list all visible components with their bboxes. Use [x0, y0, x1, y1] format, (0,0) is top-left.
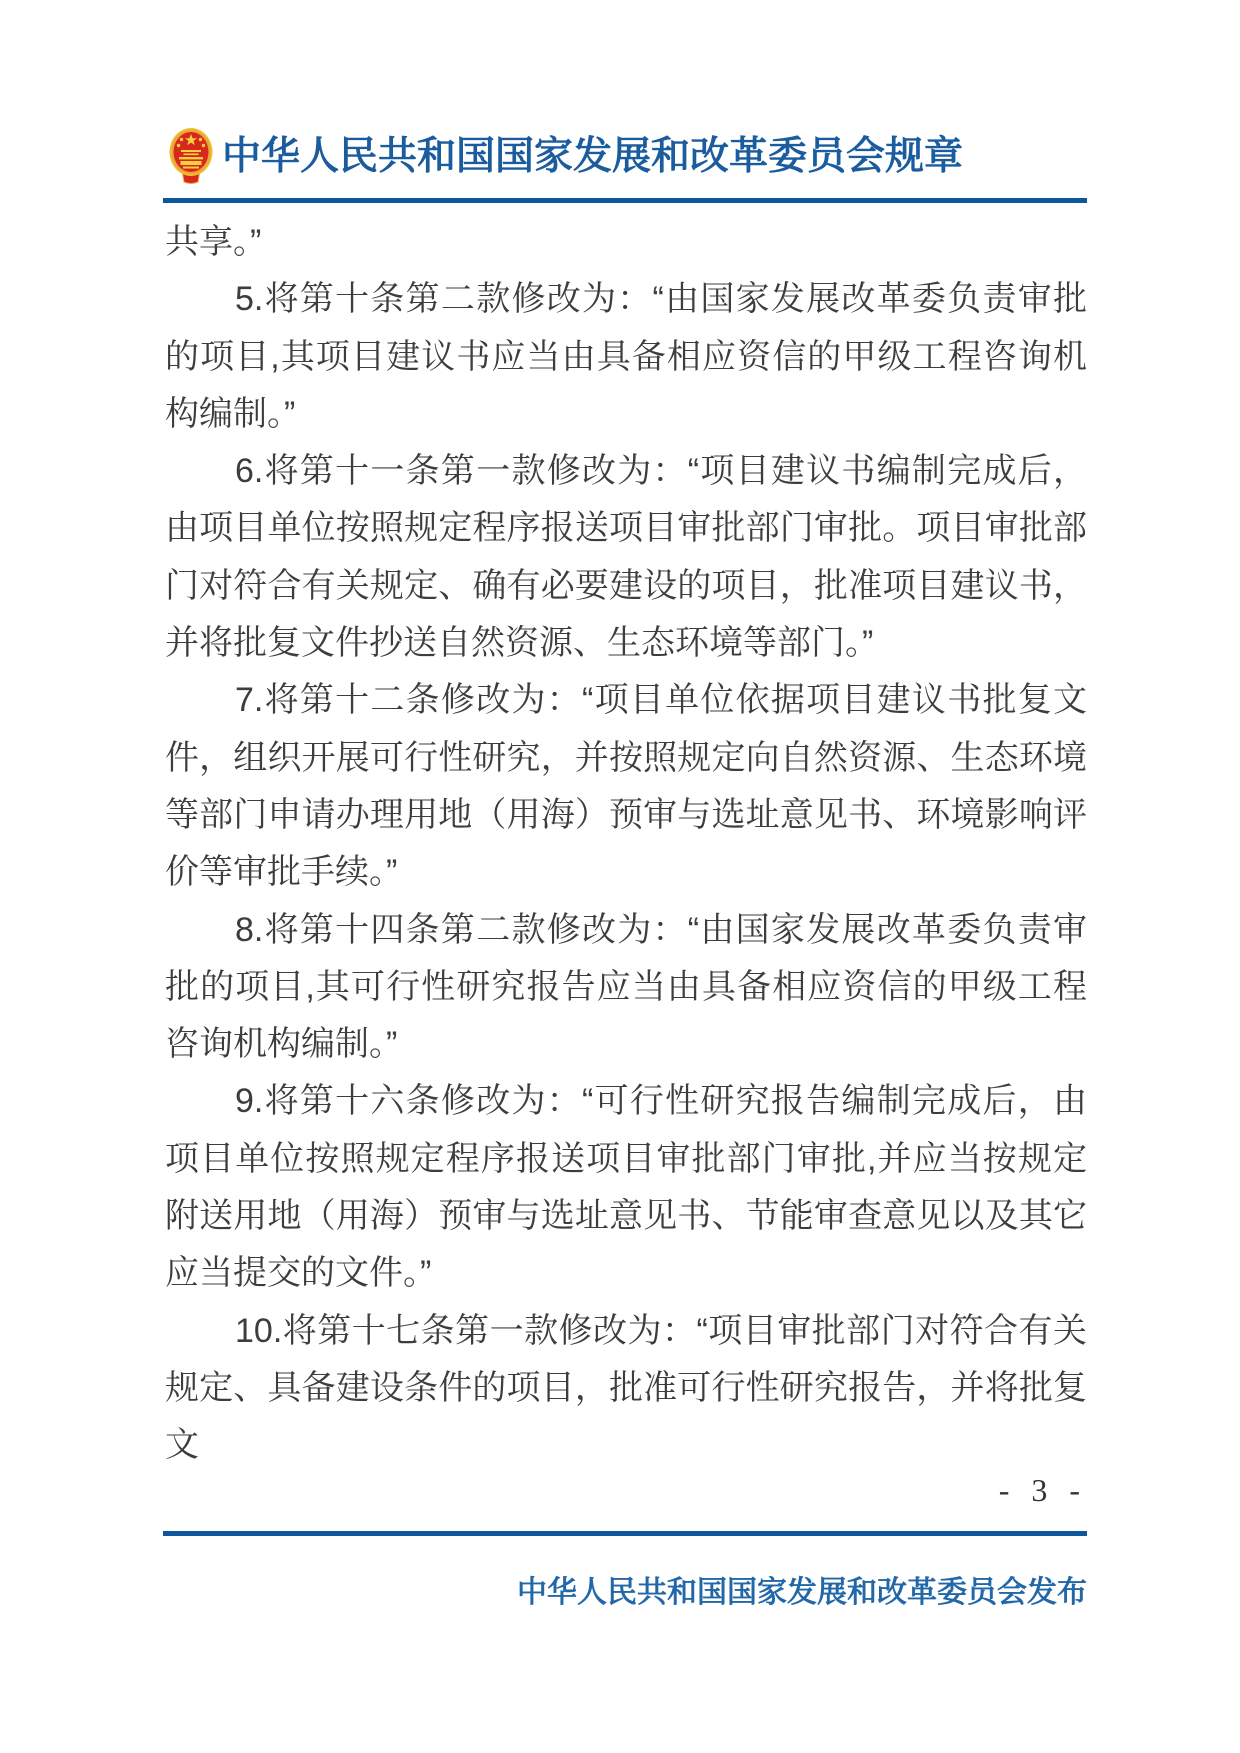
paragraph: 5.将第十条第二款修改为：“由国家发展改革委负责审批的项目,其项目建议书应当由具… [165, 271, 1087, 443]
document-body: 共享。”5.将第十条第二款修改为：“由国家发展改革委负责审批的项目,其项目建议书… [165, 214, 1087, 1475]
footer-rule [163, 1531, 1087, 1536]
paragraph: 7.将第十二条修改为：“项目单位依据项目建议书批复文件，组织开展可行性研究，并按… [165, 672, 1087, 901]
footer-publisher: 中华人民共和国国家发展和改革委员会发布 [517, 1567, 1087, 1611]
page-number: - 3 - [999, 1472, 1082, 1509]
header-title: 中华人民共和国国家发展和改革委员会规章 [222, 133, 963, 181]
paragraph: 9.将第十六条修改为：“可行性研究报告编制完成后，由项目单位按照规定程序报送项目… [165, 1073, 1087, 1302]
header-rule [163, 198, 1087, 203]
paragraph: 6.将第十一条第一款修改为：“项目建议书编制完成后，由项目单位按照规定程序报送项… [165, 443, 1087, 672]
paragraph: 10.将第十七条第一款修改为：“项目审批部门对符合有关规定、具备建设条件的项目，… [165, 1303, 1087, 1475]
document-page: 中华人民共和国国家发展和改革委员会规章 共享。”5.将第十条第二款修改为：“由国… [0, 0, 1240, 1753]
paragraph: 8.将第十四条第二款修改为：“由国家发展改革委负责审批的项目,其可行性研究报告应… [165, 902, 1087, 1074]
national-emblem-icon [168, 126, 214, 184]
paragraph: 共享。” [165, 214, 1087, 271]
